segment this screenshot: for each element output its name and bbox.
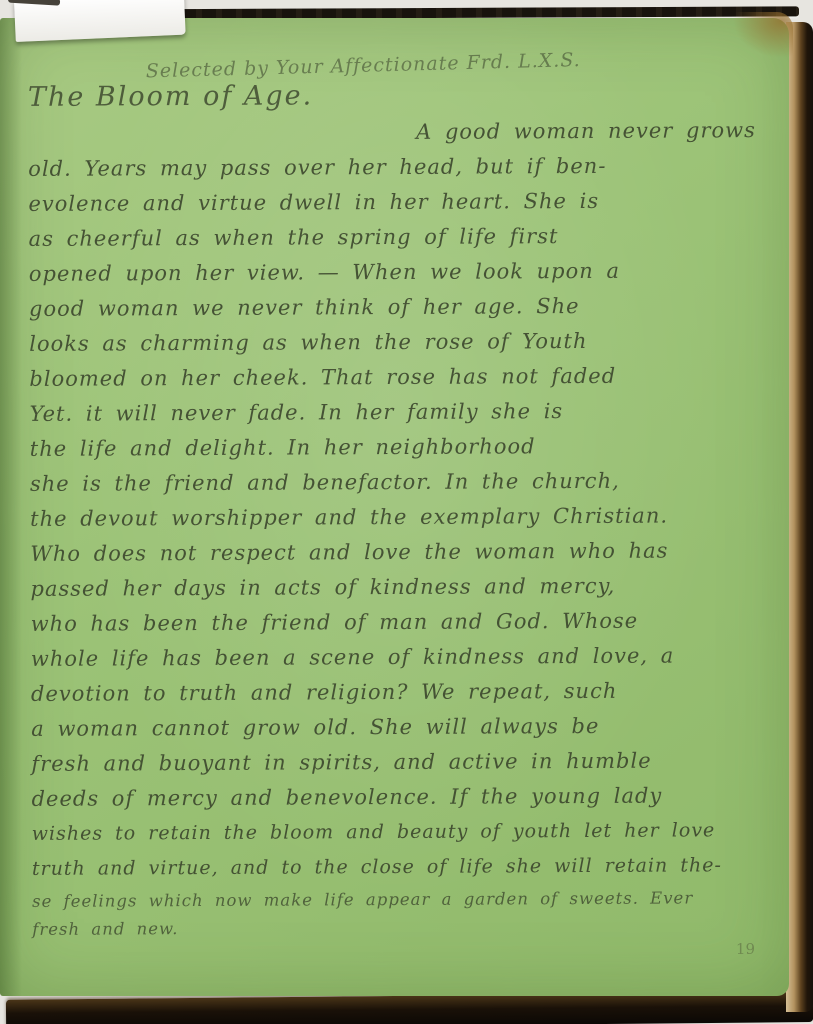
manuscript-line: old. Years may pass over her head, but i… <box>28 148 753 187</box>
book-page-edges <box>786 22 813 1012</box>
page-gutter-shadow <box>0 18 22 996</box>
book-scan: Selected by Your Affectionate Frd. L.X.S… <box>0 0 813 1024</box>
manuscript-line: bloomed on her cheek. That rose has not … <box>29 358 754 397</box>
manuscript-line: who has been the friend of man and God. … <box>31 603 756 642</box>
manuscript-body: A good woman never growsold. Years may p… <box>28 113 757 943</box>
manuscript-line: truth and virtue, and to the close of li… <box>32 848 757 887</box>
manuscript-line: opened upon her view. — When we look upo… <box>29 253 754 292</box>
manuscript-line: deeds of mercy and benevolence. If the y… <box>31 778 756 817</box>
manuscript-line: passed her days in acts of kindness and … <box>30 568 755 607</box>
manuscript-line: Who does not respect and love the woman … <box>30 533 755 572</box>
album-page: Selected by Your Affectionate Frd. L.X.S… <box>0 18 789 996</box>
manuscript-line: fresh and buoyant in spirits, and active… <box>31 743 756 782</box>
paper-tab <box>14 0 186 42</box>
page-number: 19 <box>736 940 755 958</box>
manuscript-line: whole life has been a scene of kindness … <box>31 638 756 677</box>
manuscript-line: devotion to truth and religion? We repea… <box>31 673 756 712</box>
book-bottom-edge <box>6 992 813 1024</box>
manuscript-line: the life and delight. In her neighborhoo… <box>30 428 755 467</box>
manuscript-line: as cheerful as when the spring of life f… <box>29 218 754 257</box>
manuscript-line: se feelings which now make life appear a… <box>32 883 757 917</box>
manuscript-line: good woman we never think of her age. Sh… <box>29 288 754 327</box>
manuscript-line: she is the friend and benefactor. In the… <box>30 463 755 502</box>
manuscript-line: evolence and virtue dwell in her heart. … <box>28 183 753 222</box>
manuscript-line: A good woman never grows <box>28 113 753 152</box>
manuscript-line: fresh and new. <box>32 913 757 943</box>
manuscript-line: the devout worshipper and the exemplary … <box>30 498 755 537</box>
manuscript-line: looks as charming as when the rose of Yo… <box>29 323 754 362</box>
manuscript-line: Yet. it will never fade. In her family s… <box>29 393 754 432</box>
manuscript-title: The Bloom of Age. <box>28 78 753 113</box>
manuscript-line: a woman cannot grow old. She will always… <box>31 708 756 747</box>
manuscript-text: Selected by Your Affectionate Frd. L.X.S… <box>28 52 758 943</box>
manuscript-line: wishes to retain the bloom and beauty of… <box>32 813 757 852</box>
